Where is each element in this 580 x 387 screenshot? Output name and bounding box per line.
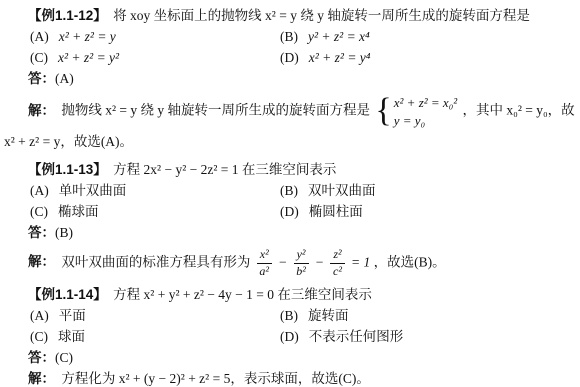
option-label: (B) bbox=[280, 308, 298, 323]
answer-value: (B) bbox=[55, 225, 73, 240]
option-formula: x² + z² = y² bbox=[58, 50, 119, 65]
option-formula: x² + z² = y bbox=[59, 29, 116, 44]
option-text: 单叶双曲面 bbox=[59, 183, 127, 198]
example-header-label: 【例1.1-13】 bbox=[28, 162, 107, 177]
option-label: (D) bbox=[280, 204, 299, 219]
option-c: (C)球面 bbox=[30, 326, 280, 347]
option-label: (D) bbox=[280, 329, 299, 344]
option-b: (B)旋转面 bbox=[280, 305, 574, 326]
question-line: 【例1.1-14】 方程 x² + y² + z² − 4y − 1 = 0 在… bbox=[28, 284, 574, 305]
option-a: (A)x² + z² = y bbox=[30, 26, 280, 47]
option-label: (C) bbox=[30, 204, 48, 219]
option-d: (D)x² + z² = y⁴ bbox=[280, 47, 574, 68]
answer-label: 答： bbox=[28, 71, 55, 86]
fraction-y: y²b² bbox=[294, 248, 309, 279]
option-c: (C)x² + z² = y² bbox=[30, 47, 280, 68]
option-formula: x² + z² = y⁴ bbox=[309, 50, 371, 65]
fraction-operator-1: − bbox=[278, 254, 287, 269]
options-grid: (A)平面 (B)旋转面 (C)球面 (D)不表示任何图形 bbox=[30, 305, 574, 347]
answer-value: (A) bbox=[55, 71, 74, 86]
solution-line: 解： 方程化为 x² + (y − 2)² + z² = 5，表示球面，故选(C… bbox=[28, 368, 574, 387]
fraction-denominator: c² bbox=[330, 264, 344, 279]
example-header-label: 【例1.1-12】 bbox=[28, 8, 107, 23]
solution-post-text: ，其中 x₀² = y₀，故 bbox=[462, 103, 574, 118]
answer-value: (C) bbox=[55, 350, 73, 365]
fraction-equals: = 1 bbox=[351, 254, 370, 269]
solution-text: 方程化为 x² + (y − 2)² + z² = 5，表示球面，故选(C)。 bbox=[61, 371, 369, 386]
equation-system: { x² + z² = x₀² y = y₀ bbox=[375, 95, 457, 128]
option-a: (A)平面 bbox=[30, 305, 280, 326]
question-text: 方程 2x² − y² − 2z² = 1 在三维空间表示 bbox=[113, 162, 336, 177]
fraction-z: z²c² bbox=[330, 248, 344, 279]
option-formula: y² + z² = x⁴ bbox=[308, 29, 370, 44]
textbook-page: 【例1.1-12】 将 xoy 坐标面上的抛物线 x² = y 绕 y 轴旋转一… bbox=[0, 0, 580, 387]
option-d: (D)不表示任何图形 bbox=[280, 326, 574, 347]
question-text: 方程 x² + y² + z² − 4y − 1 = 0 在三维空间表示 bbox=[113, 287, 372, 302]
solution-continuation: x² + z² = y，故选(A)。 bbox=[4, 131, 574, 152]
solution-post-text: ，故选(B)。 bbox=[374, 254, 446, 269]
fraction-numerator: x² bbox=[257, 248, 272, 264]
option-b: (B)双叶双曲面 bbox=[280, 180, 574, 201]
solution-pre-text: 双叶双曲面的标准方程具有形为 bbox=[61, 254, 250, 269]
system-equations: x² + z² = x₀² y = y₀ bbox=[394, 95, 457, 128]
answer-label: 答： bbox=[28, 225, 55, 240]
fraction-x: x²a² bbox=[257, 248, 272, 279]
option-b: (B)y² + z² = x⁴ bbox=[280, 26, 574, 47]
answer-line: 答：(C) bbox=[28, 347, 574, 368]
system-equation-2: y = y₀ bbox=[394, 113, 457, 128]
option-label: (D) bbox=[280, 50, 299, 65]
option-label: (B) bbox=[280, 183, 298, 198]
option-text: 椭圆柱面 bbox=[309, 204, 363, 219]
fraction-denominator: b² bbox=[294, 264, 309, 279]
question-line: 【例1.1-13】 方程 2x² − y² − 2z² = 1 在三维空间表示 bbox=[28, 159, 574, 180]
answer-line: 答：(B) bbox=[28, 222, 574, 243]
option-c: (C)椭球面 bbox=[30, 201, 280, 222]
option-text: 平面 bbox=[59, 308, 86, 323]
left-brace-glyph: { bbox=[375, 96, 391, 127]
option-text: 球面 bbox=[58, 329, 85, 344]
options-grid: (A)x² + z² = y (B)y² + z² = x⁴ (C)x² + z… bbox=[30, 26, 574, 68]
fraction-operator-2: − bbox=[315, 254, 324, 269]
answer-line: 答：(A) bbox=[28, 68, 574, 89]
options-grid: (A)单叶双曲面 (B)双叶双曲面 (C)椭球面 (D)椭圆柱面 bbox=[30, 180, 574, 222]
example-section-1-1-12: 【例1.1-12】 将 xoy 坐标面上的抛物线 x² = y 绕 y 轴旋转一… bbox=[2, 5, 574, 152]
example-section-1-1-13: 【例1.1-13】 方程 2x² − y² − 2z² = 1 在三维空间表示 … bbox=[2, 159, 574, 279]
solution-label: 解： bbox=[28, 254, 55, 269]
option-label: (A) bbox=[30, 29, 49, 44]
example-section-1-1-14: 【例1.1-14】 方程 x² + y² + z² − 4y − 1 = 0 在… bbox=[2, 284, 574, 387]
option-text: 椭球面 bbox=[58, 204, 99, 219]
solution-line: 解： 抛物线 x² = y 绕 y 轴旋转一周所生成的旋转面方程是 { x² +… bbox=[28, 95, 574, 128]
option-text: 不表示任何图形 bbox=[309, 329, 404, 344]
option-label: (B) bbox=[280, 29, 298, 44]
solution-pre-text: 抛物线 x² = y 绕 y 轴旋转一周所生成的旋转面方程是 bbox=[61, 103, 370, 118]
option-d: (D)椭圆柱面 bbox=[280, 201, 574, 222]
fraction-numerator: y² bbox=[294, 248, 309, 264]
fraction-numerator: z² bbox=[330, 248, 344, 264]
solution-label: 解： bbox=[28, 103, 55, 118]
option-label: (C) bbox=[30, 50, 48, 65]
solution-continuation-text: x² + z² = y，故选(A)。 bbox=[4, 134, 133, 149]
option-text: 双叶双曲面 bbox=[308, 183, 376, 198]
example-header-label: 【例1.1-14】 bbox=[28, 287, 107, 302]
solution-label: 解： bbox=[28, 371, 55, 386]
answer-label: 答： bbox=[28, 350, 55, 365]
option-label: (C) bbox=[30, 329, 48, 344]
option-label: (A) bbox=[30, 183, 49, 198]
option-a: (A)单叶双曲面 bbox=[30, 180, 280, 201]
system-equation-1: x² + z² = x₀² bbox=[394, 95, 457, 110]
option-label: (A) bbox=[30, 308, 49, 323]
question-text: 将 xoy 坐标面上的抛物线 x² = y 绕 y 轴旋转一周所生成的旋转面方程… bbox=[113, 8, 530, 23]
question-line: 【例1.1-12】 将 xoy 坐标面上的抛物线 x² = y 绕 y 轴旋转一… bbox=[28, 5, 574, 26]
option-text: 旋转面 bbox=[308, 308, 349, 323]
solution-line: 解： 双叶双曲面的标准方程具有形为 x²a² − y²b² − z²c² = 1… bbox=[28, 248, 574, 279]
fraction-denominator: a² bbox=[257, 264, 272, 279]
